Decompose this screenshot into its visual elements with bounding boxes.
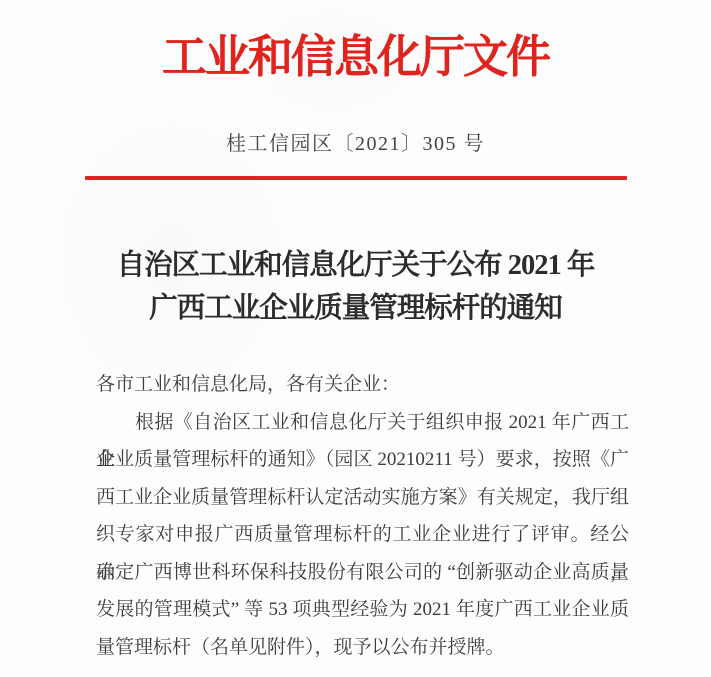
body-line: 量管理标杆（名单见附件），现予以公布并授牌。	[96, 629, 629, 667]
document-title-line-2: 广西工业企业质量管理标杆的通知	[0, 287, 711, 330]
document-body: 各市工业和信息化局，各有关企业： 根据《自治区工业和信息化厅关于组织申报 202…	[96, 366, 629, 666]
body-line: 企业质量管理标杆的通知》（园区 20210211 号）要求，按照《广	[96, 441, 629, 479]
letterhead-title: 工业和信息化厅文件	[0, 28, 711, 86]
body-line: 织专家对申报广西质量管理标杆的工业企业进行了评审。经公示，	[96, 516, 629, 554]
document-title-line-1: 自治区工业和信息化厅关于公布 2021 年	[0, 244, 711, 287]
document-title: 自治区工业和信息化厅关于公布 2021 年 广西工业企业质量管理标杆的通知	[0, 244, 711, 330]
salutation-line: 各市工业和信息化局，各有关企业：	[96, 366, 629, 404]
body-line: 确定广西博世科环保科技股份有限公司的 “创新驱动企业高质量	[96, 554, 629, 592]
red-divider-line	[85, 176, 627, 180]
document-number: 桂工信园区〔2021〕305 号	[0, 129, 711, 159]
body-line: 西工业企业质量管理标杆认定活动实施方案》有关规定，我厅组	[96, 479, 629, 517]
body-line: 根据《自治区工业和信息化厅关于组织申报 2021 年广西工业	[96, 404, 629, 442]
body-line: 发展的管理模式” 等 53 项典型经验为 2021 年度广西工业企业质	[96, 591, 629, 629]
scanned-document-page: 工业和信息化厅文件 桂工信园区〔2021〕305 号 自治区工业和信息化厅关于公…	[0, 0, 711, 677]
